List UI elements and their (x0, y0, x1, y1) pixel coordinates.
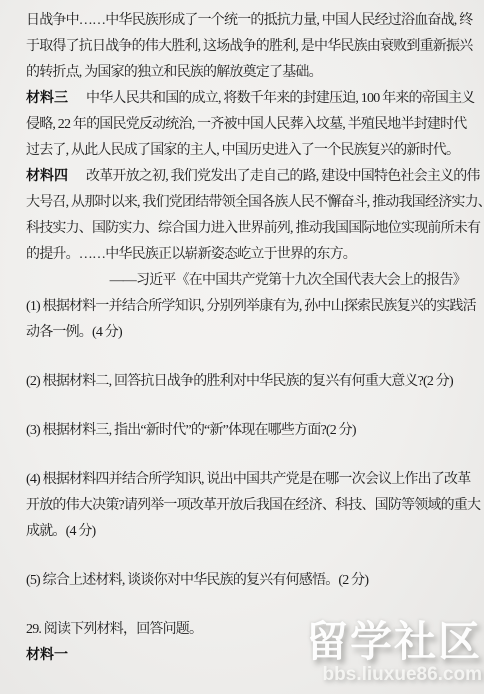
question-5-line: (5) 综合上述材料, 谈谈你对中华民族的复兴有何感悟。(2 分) (26, 566, 470, 592)
line-text: 的提升。……中华民族正以崭新姿态屹立于世界的东方。 (26, 247, 356, 262)
watermark-url: bbs.liuxue86.com (306, 664, 482, 686)
material-text-line: 于取得了抗日战争的伟大胜利, 这场战争的胜利, 是中华民族由衰败到重新振兴 (26, 32, 470, 58)
exam-page: 日战争中……中华民族形成了一个统一的抵抗力量, 中国人民经过浴血奋战, 终 于取… (0, 0, 484, 694)
material-text-line: 的提升。……中华民族正以崭新姿态屹立于世界的东方。 (26, 240, 470, 266)
material-text-line: 科技实力、国防实力、综合国力进入世界前列, 推动我国国际地位实现前所未有 (26, 214, 470, 240)
material-text-line: 侵略, 22 年的国民党反动统治, 一齐被中国人民葬入坟墓, 半殖民地半封建时代 (26, 110, 470, 136)
line-text: 开放的伟大决策?请列举一项改革开放后我国在经济、科技、国防等领域的重大 (26, 498, 480, 513)
material-text-line: 的转折点, 为国家的独立和民族的解放奠定了基础。 (26, 58, 470, 84)
line-text: 日战争中……中华民族形成了一个统一的抵抗力量, 中国人民经过浴血奋战, 终 (26, 13, 472, 28)
material-one-heading-line: 材料一 (26, 641, 470, 667)
document-body: 日战争中……中华民族形成了一个统一的抵抗力量, 中国人民经过浴血奋战, 终 于取… (26, 6, 470, 667)
material-three-label: 材料三 (26, 89, 68, 105)
material-three-heading-line: 材料三中华人民共和国的成立, 将数千年来的封建压迫, 100 年来的帝国主义 (26, 84, 470, 110)
question-1-line: (1) 根据材料一并结合所学知识, 分别列举康有为, 孙中山探索民族复兴的实践活 (26, 292, 470, 318)
material-four-heading-line: 材料四改革开放之初, 我们党发出了走自己的路, 建设中国特色社会主义的伟 (26, 162, 470, 188)
material-text-line: 日战争中……中华民族形成了一个统一的抵抗力量, 中国人民经过浴血奋战, 终 (26, 6, 470, 32)
material-text-line: 过去了, 从此人民成了国家的主人, 中国历史进入了一个民族复兴的新时代。 (26, 136, 470, 162)
line-text: (3) 根据材料三, 指出“新时代”的“新”体现在哪些方面?(2 分) (26, 423, 356, 438)
question-4-line: 开放的伟大决策?请列举一项改革开放后我国在经济、科技、国防等领域的重大 (26, 491, 470, 517)
line-text: ——习近平《在中国共产党第十九次全国代表大会上的报告》 (110, 273, 466, 288)
question-1-line: 动各一例。(4 分) (26, 318, 470, 344)
line-text: 侵略, 22 年的国民党反动统治, 一齐被中国人民葬入坟墓, 半殖民地半封建时代 (26, 117, 467, 132)
line-text: 过去了, 从此人民成了国家的主人, 中国历史进入了一个民族复兴的新时代。 (26, 143, 459, 158)
line-text: 动各一例。(4 分) (26, 325, 122, 340)
line-text: (2) 根据材料二, 回答抗日战争的胜利对中华民族的复兴有何重大意义?(2 分) (26, 374, 453, 389)
line-text: 于取得了抗日战争的伟大胜利, 这场战争的胜利, 是中华民族由衰败到重新振兴 (26, 39, 472, 54)
line-text: 中华人民共和国的成立, 将数千年来的封建压迫, 100 年来的帝国主义 (86, 91, 475, 106)
line-text: 大号召, 从那时以来, 我们党团结带领全国各族人民不懈奋斗, 推动我国经济实力、 (26, 195, 484, 210)
question-2-line: (2) 根据材料二, 回答抗日战争的胜利对中华民族的复兴有何重大意义?(2 分) (26, 367, 470, 393)
line-text: 的转折点, 为国家的独立和民族的解放奠定了基础。 (26, 65, 322, 80)
question-4-line: (4) 根据材料四并结合所学知识, 说出中国共产党是在哪一次会议上作出了改革 (26, 465, 470, 491)
material-text-line: 大号召, 从那时以来, 我们党团结带领全国各族人民不懈奋斗, 推动我国经济实力、 (26, 188, 470, 214)
question-29-heading-line: 29. 阅读下列材料，回答问题。 (26, 615, 470, 641)
quote-attribution-line: ——习近平《在中国共产党第十九次全国代表大会上的报告》 (26, 266, 470, 292)
line-text: (5) 综合上述材料, 谈谈你对中华民族的复兴有何感悟。(2 分) (26, 573, 368, 588)
material-four-label: 材料四 (26, 167, 68, 183)
line-text: 成就。(4 分) (26, 524, 95, 539)
line-text: 科技实力、国防实力、综合国力进入世界前列, 推动我国国际地位实现前所未有 (26, 221, 480, 236)
line-text: (4) 根据材料四并结合所学知识, 说出中国共产党是在哪一次会议上作出了改革 (26, 472, 470, 487)
material-one-label: 材料一 (26, 646, 68, 662)
line-text: (1) 根据材料一并结合所学知识, 分别列举康有为, 孙中山探索民族复兴的实践活 (26, 299, 476, 314)
line-text: 29. 阅读下列材料，回答问题。 (26, 622, 202, 637)
question-4-line: 成就。(4 分) (26, 517, 470, 543)
line-text: 改革开放之初, 我们党发出了走自己的路, 建设中国特色社会主义的伟 (86, 169, 480, 184)
question-3-line: (3) 根据材料三, 指出“新时代”的“新”体现在哪些方面?(2 分) (26, 416, 470, 442)
